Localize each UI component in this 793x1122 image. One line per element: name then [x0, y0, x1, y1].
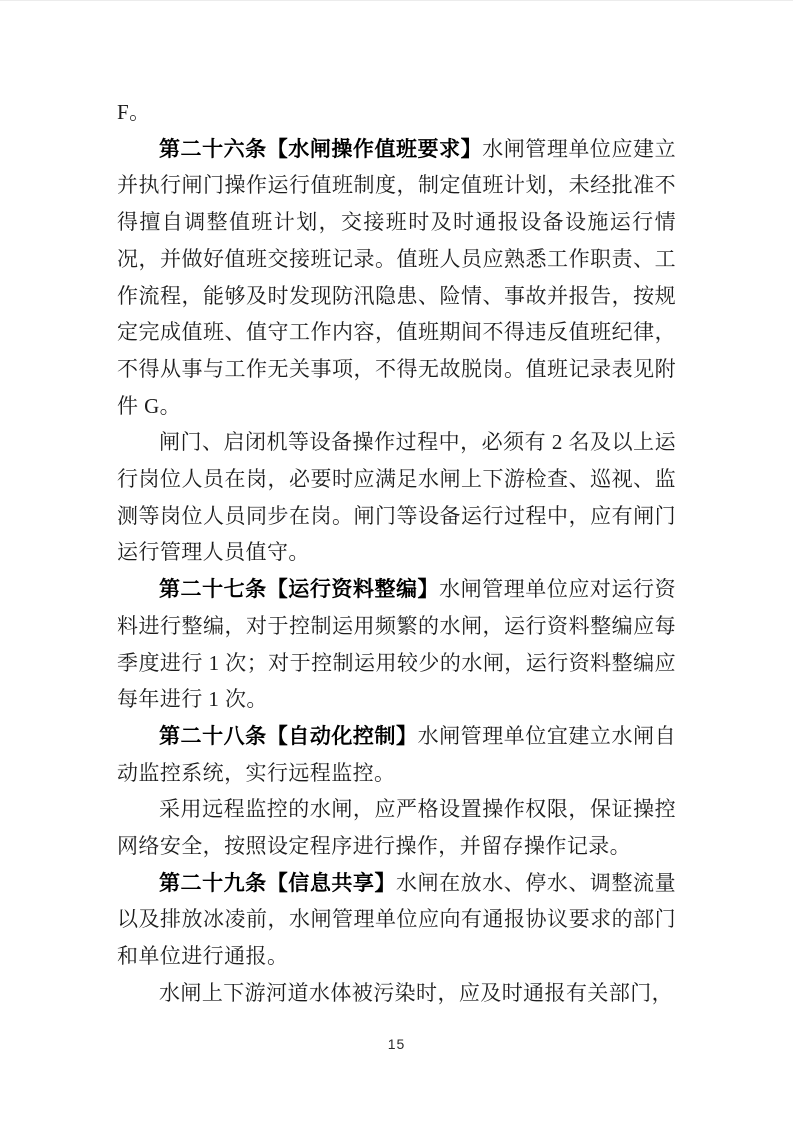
- paragraph: 第二十九条【信息共享】水闸在放水、停水、调整流量以及排放冰凌前，水闸管理单位应向…: [117, 865, 676, 975]
- paragraph: 闸门、启闭机等设备操作过程中，必须有 2 名及以上运行岗位人员在岗，必要时应满足…: [117, 424, 676, 571]
- article-heading-text: 第二十八条【自动化控制】: [159, 724, 418, 748]
- body-text: 采用远程监控的水闸，应严格设置操作权限，保证操控网络安全，按照设定程序进行操作，…: [117, 797, 676, 858]
- page-number: 15: [0, 1036, 793, 1052]
- paragraph: F。: [117, 94, 676, 131]
- paragraph: 第二十六条【水闸操作值班要求】水闸管理单位应建立并执行闸门操作运行值班制度，制定…: [117, 131, 676, 425]
- paragraph: 第二十八条【自动化控制】水闸管理单位宜建立水闸自动监控系统，实行远程监控。: [117, 718, 676, 791]
- article-heading-text: 第二十七条【运行资料整编】: [159, 577, 439, 601]
- paragraph: 采用远程监控的水闸，应严格设置操作权限，保证操控网络安全，按照设定程序进行操作，…: [117, 791, 676, 864]
- body-text: F。: [117, 100, 151, 124]
- article-heading-text: 第二十九条【信息共享】: [159, 871, 396, 895]
- paragraph: 第二十七条【运行资料整编】水闸管理单位应对运行资料进行整编，对于控制运用频繁的水…: [117, 571, 676, 718]
- body-text: 水闸管理单位应建立并执行闸门操作运行值班制度，制定值班计划，未经批准不得擅自调整…: [117, 137, 676, 418]
- paragraph: 水闸上下游河道水体被污染时，应及时通报有关部门，: [117, 975, 676, 1012]
- page-top-edge: [0, 0, 793, 1]
- document-page: F。第二十六条【水闸操作值班要求】水闸管理单位应建立并执行闸门操作运行值班制度，…: [0, 0, 793, 1122]
- body-text: 闸门、启闭机等设备操作过程中，必须有 2 名及以上运行岗位人员在岗，必要时应满足…: [117, 430, 676, 564]
- body-text: 水闸上下游河道水体被污染时，应及时通报有关部门，: [159, 981, 673, 1005]
- document-body: F。第二十六条【水闸操作值班要求】水闸管理单位应建立并执行闸门操作运行值班制度，…: [117, 94, 676, 1012]
- article-heading-text: 第二十六条【水闸操作值班要求】: [159, 137, 482, 161]
